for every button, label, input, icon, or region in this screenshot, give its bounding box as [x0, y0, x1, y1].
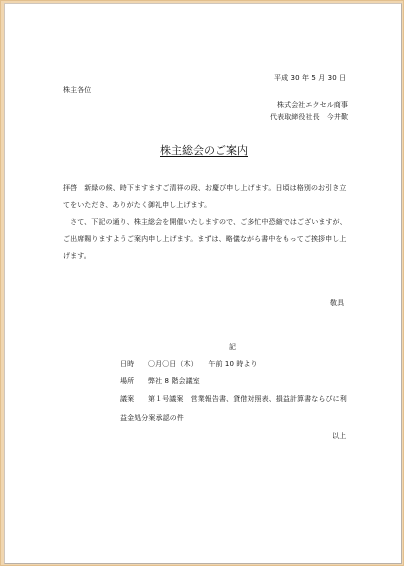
detail-label: 場所: [120, 377, 148, 386]
body-line-3: さて、下記の通り、株主総会を開催いたしますので、ご多忙中恐縮ではございますが、: [63, 218, 347, 227]
document-title: 株主総会のご案内: [160, 144, 248, 158]
body-line-2: てをいただき、ありがたく御礼申し上げます。: [63, 201, 211, 210]
document-page: 平成 30 年 5 月 30 日 株主各位 株式会社エクセル商事 代表取締役社長…: [4, 3, 402, 564]
body-line-1: 拝啓 新緑の候、時下ますますご清祥の段、お慶び申し上げます。日頃は格別のお引き立: [63, 184, 346, 193]
detail-row-agenda: 議案第１号議案 営業報告書、貸借対照表、損益計算書ならびに利: [120, 395, 347, 404]
body-line-4: ご出席賜りますようご案内申し上げます。まずは、略儀ながら書中をもってご挨拶申し上: [63, 235, 346, 244]
detail-row-place: 場所弊社 8 階会議室: [120, 377, 200, 386]
ki-mark: 記: [229, 343, 236, 352]
sender-company: 株式会社エクセル商事: [277, 101, 348, 110]
recipient: 株主各位: [63, 86, 91, 95]
closing-ijou: 以上: [332, 432, 346, 441]
detail-value: 益金処分案承認の件: [120, 414, 184, 422]
document-date: 平成 30 年 5 月 30 日: [274, 74, 346, 83]
body-line-5: げます。: [63, 252, 91, 261]
detail-label: 日時: [120, 360, 148, 369]
detail-value: 第１号議案 営業報告書、貸借対照表、損益計算書ならびに利: [148, 395, 347, 403]
sender-representative: 代表取締役社長 今井歎: [270, 113, 348, 122]
detail-row-datetime: 日時〇月〇日（木） 午前 10 時より: [120, 360, 258, 369]
detail-label: 議案: [120, 395, 148, 404]
detail-row-agenda-cont: 益金処分案承認の件: [120, 414, 184, 423]
closing-keigu: 敬具: [330, 299, 344, 308]
detail-value: 弊社 8 階会議室: [148, 377, 200, 385]
detail-value: 〇月〇日（木） 午前 10 時より: [148, 360, 258, 368]
page-frame: 平成 30 年 5 月 30 日 株主各位 株式会社エクセル商事 代表取締役社長…: [0, 0, 404, 566]
